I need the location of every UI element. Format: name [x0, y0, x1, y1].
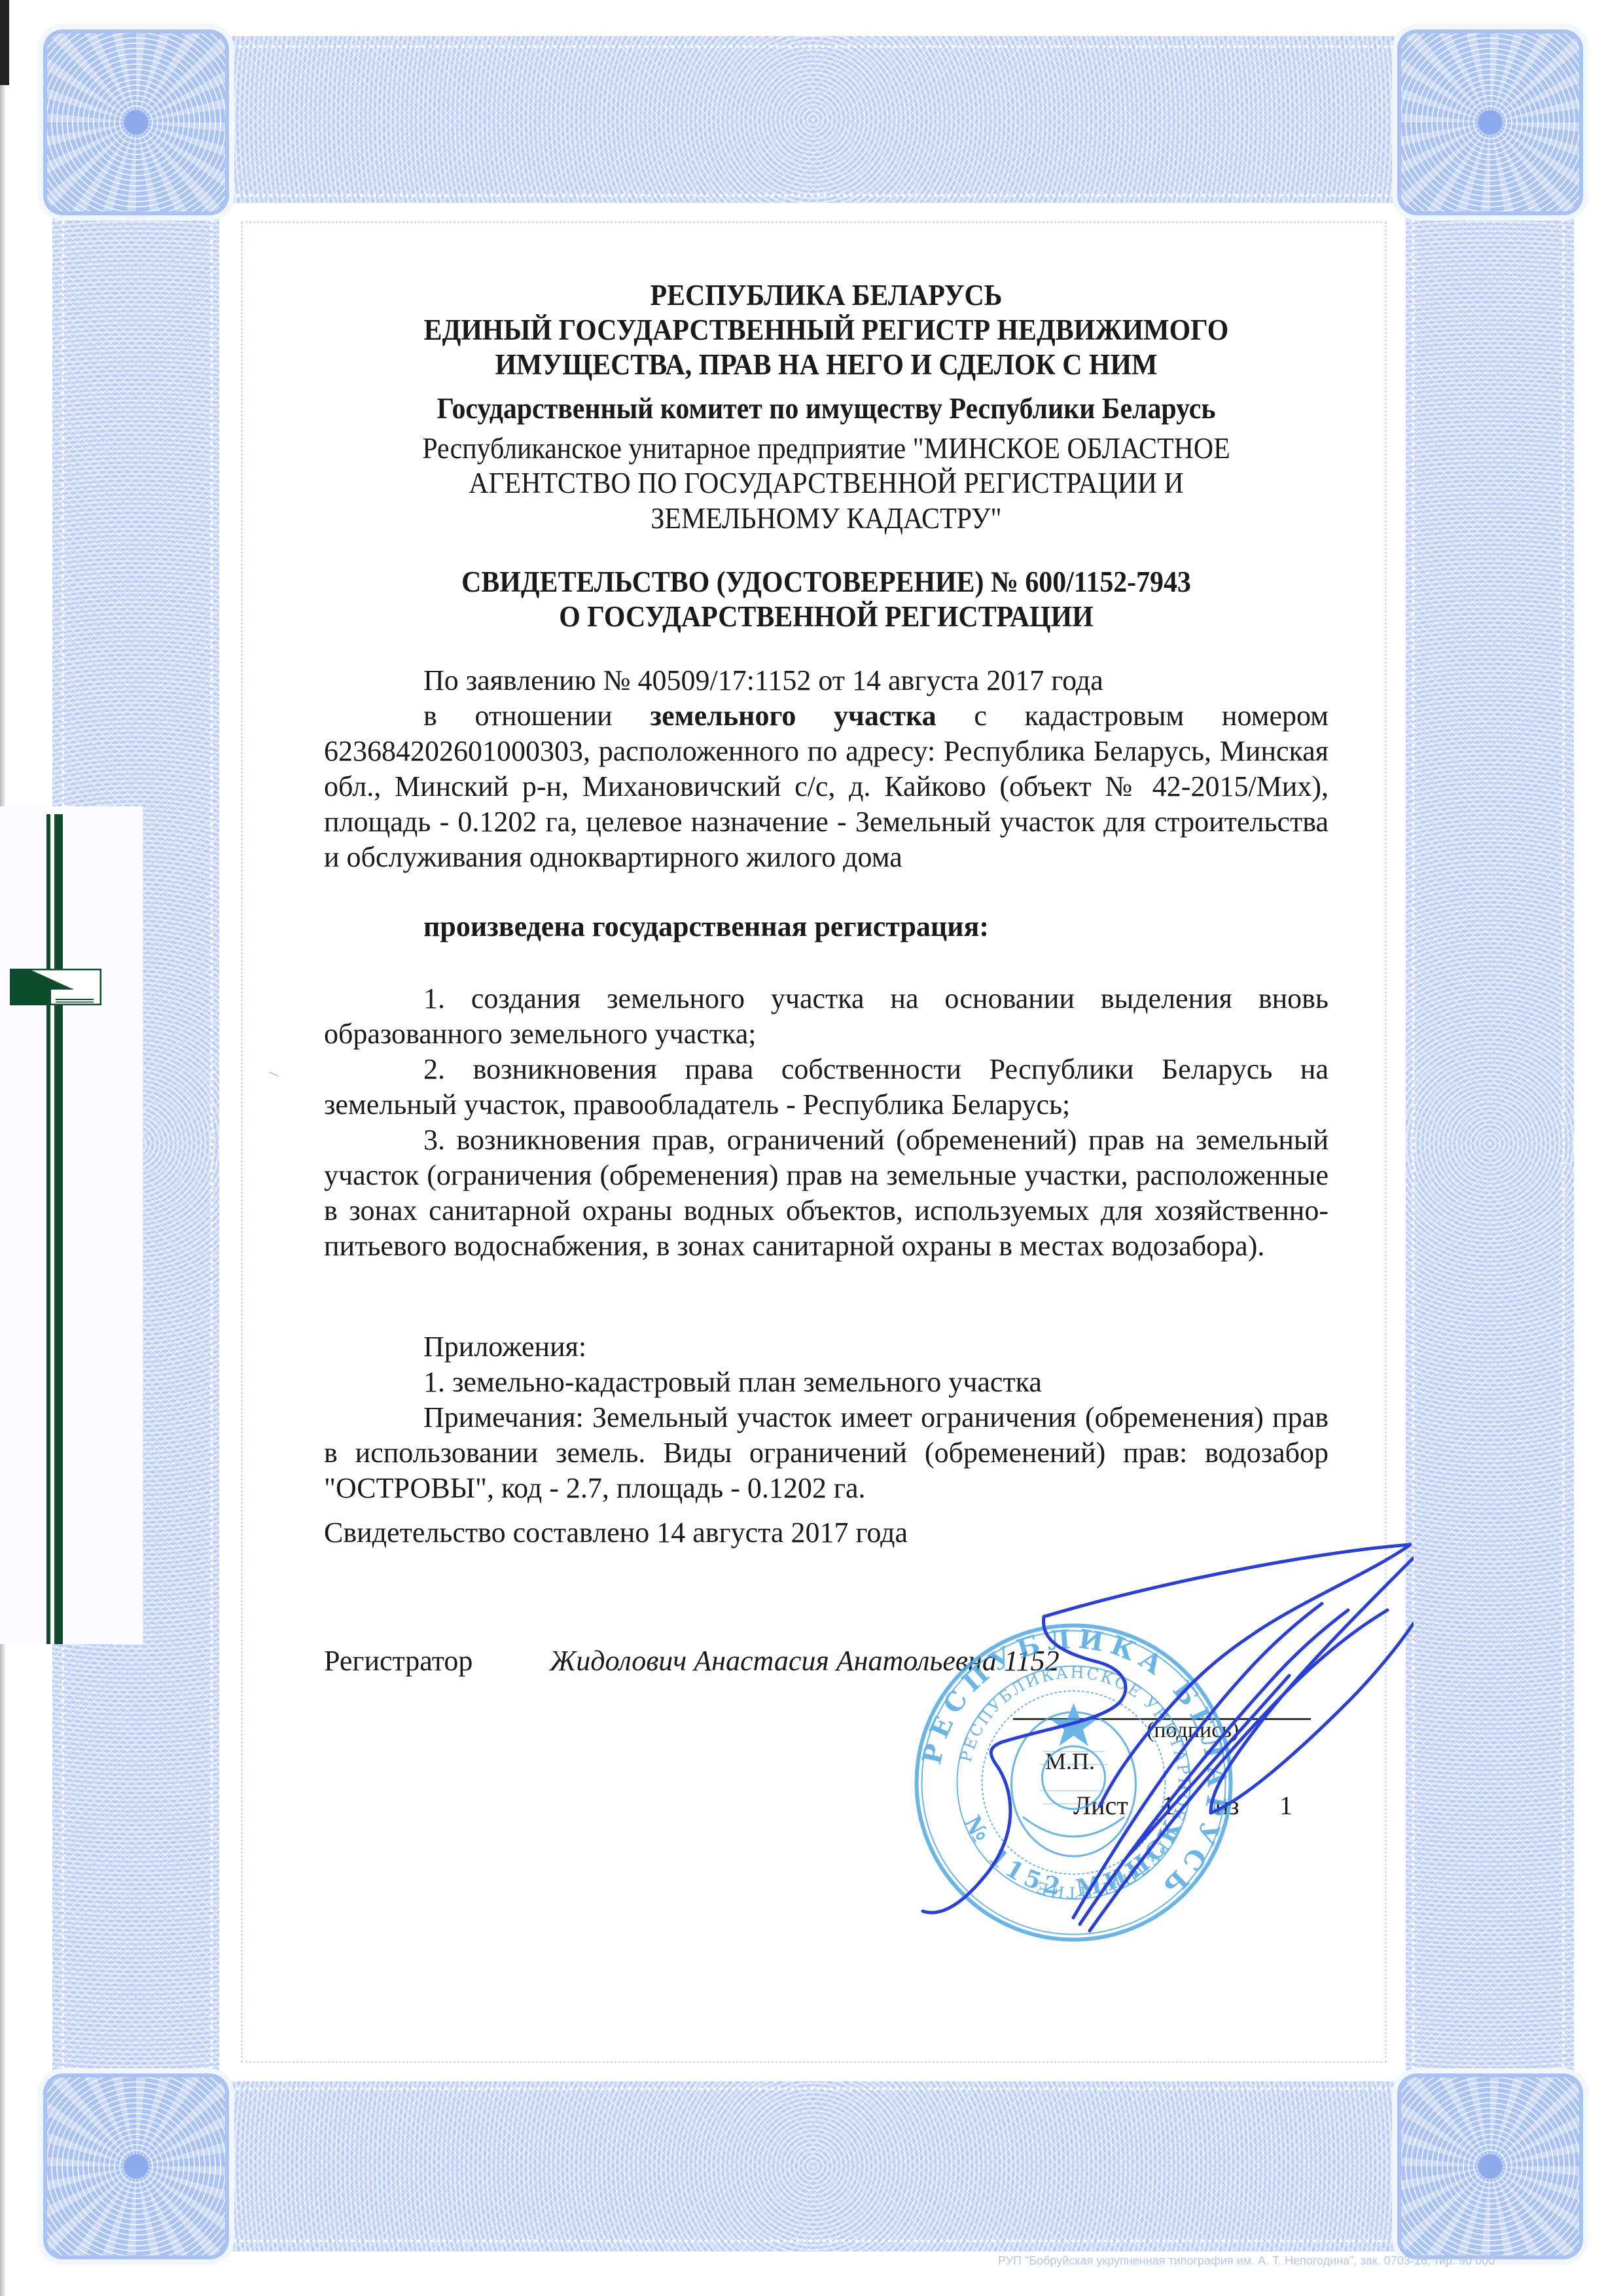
- sheet-total: 1: [1263, 1790, 1309, 1821]
- corner-rosette-icon: [38, 24, 234, 221]
- registration-item: 1. создания земельного участка на основа…: [324, 981, 1329, 1052]
- registry-heading-line2: ИМУЩЕСТВА, ПРАВ НА НЕГО И СДЕЛОК С НИМ: [359, 348, 1294, 382]
- logo-stripe: [46, 814, 50, 1644]
- registration-item: 3. возникновения прав, ограничений (обре…: [324, 1122, 1329, 1264]
- corner-rosette-icon: [1392, 24, 1588, 221]
- official-seal-stamp: РЕСПУБЛИКА БЕЛАРУСЬ РЕСПУБЛИКАНСКОЕ УНИТ…: [912, 1621, 1236, 1945]
- border-bottom: [52, 2081, 1574, 2251]
- overlapping-page: [0, 806, 143, 1644]
- agency-line2: АГЕНТСТВО ПО ГОСУДАРСТВЕННОЙ РЕГИСТРАЦИИ…: [359, 466, 1294, 501]
- certificate-title: СВИДЕТЕЛЬСТВО (УДОСТОВЕРЕНИЕ) № 600/1152…: [359, 565, 1294, 600]
- application-reference: По заявлению № 40509/17:1152 от 14 авгус…: [324, 663, 1329, 698]
- registrar-label: Регистратор: [324, 1644, 550, 1677]
- corner-rosette-icon: [38, 2068, 234, 2265]
- appendix-item: 1. земельно-кадастровый план земельного …: [324, 1365, 1329, 1400]
- registry-heading-line1: ЕДИНЫЙ ГОСУДАРСТВЕННЫЙ РЕГИСТР НЕДВИЖИМО…: [359, 313, 1294, 348]
- relation-object: земельного участка: [650, 700, 936, 732]
- appendices-title: Приложения:: [324, 1329, 1329, 1365]
- registered-heading: произведена государственная регистрация:: [324, 909, 1329, 944]
- country-heading: РЕСПУБЛИКА БЕЛАРУСЬ: [359, 278, 1294, 313]
- agency-line3: ЗЕМЕЛЬНОМУ КАДАСТРУ": [359, 501, 1294, 536]
- printer-imprint: РУП "Бобруйская укрупненная типография и…: [998, 2254, 1495, 2268]
- corner-rosette-icon: [1392, 2068, 1588, 2265]
- certificate-body: РЕСПУБЛИКА БЕЛАРУСЬ ЕДИНЫЙ ГОСУДАРСТВЕНН…: [324, 278, 1329, 1551]
- scan-edge-shadow: [0, 0, 9, 85]
- agency-logo-icon: [10, 969, 101, 1005]
- border-top: [52, 36, 1574, 203]
- committee-heading: Государственный комитет по имуществу Рес…: [359, 391, 1294, 426]
- registration-list: 1. создания земельного участка на основа…: [324, 981, 1329, 1264]
- coat-of-arms-icon: [1012, 1706, 1136, 1856]
- notes: Примечания: Земельный участок имеет огра…: [324, 1400, 1329, 1506]
- certificate-subtitle: О ГОСУДАРСТВЕННОЙ РЕГИСТРАЦИИ: [359, 600, 1294, 634]
- logo-stripe: [54, 814, 63, 1644]
- issue-date: Свидетельство составлено 14 августа 2017…: [324, 1515, 1329, 1551]
- land-plot-description: в отношении земельного участка с кадастр…: [324, 698, 1329, 875]
- relation-prefix: в отношении: [423, 700, 650, 732]
- border-right: [1406, 36, 1574, 2251]
- agency-line1: Республиканское унитарное предприятие "М…: [359, 431, 1294, 466]
- registration-item: 2. возникновения права собственности Рес…: [324, 1052, 1329, 1122]
